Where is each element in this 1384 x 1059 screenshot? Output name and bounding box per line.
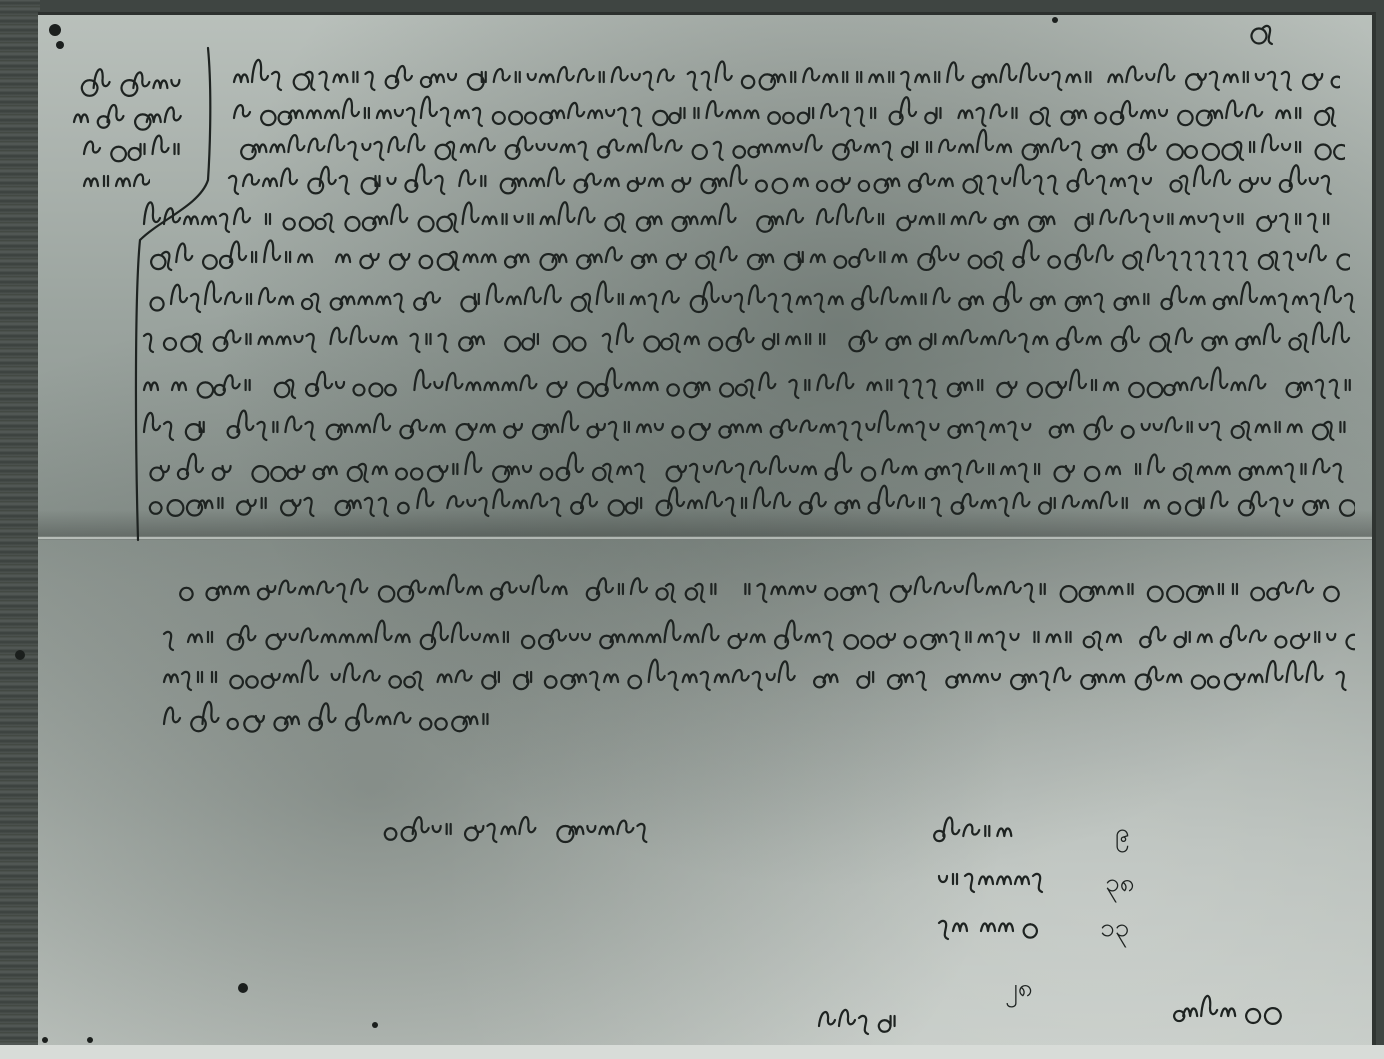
handwriting-strokes [160,568,1345,612]
witness-numeral: ၂၈ [1005,970,1033,1009]
handwriting-strokes [925,810,1015,854]
corner-mark [1240,10,1280,50]
manuscript-line [160,656,1355,696]
handwriting-strokes [140,318,1355,362]
ink-stain [15,650,25,660]
bottom-edge [0,1045,1384,1059]
handwriting-strokes [140,482,1355,526]
main-signature [375,808,655,848]
bottom-mark [1165,990,1285,1030]
ink-stain [56,41,64,49]
handwriting-strokes [375,808,655,852]
ink-stain [49,24,61,36]
wooden-background [0,0,40,1059]
manuscript-line [160,616,1355,656]
handwriting-strokes [140,236,1350,280]
manuscript-line [225,160,1345,200]
handwriting-strokes [1165,990,1285,1034]
witness-name [925,810,1015,850]
manuscript-line [160,568,1345,608]
ink-stain [1052,17,1058,23]
manuscript-line [140,278,1355,318]
handwriting-strokes [140,406,1355,450]
bottom-mark [815,1000,910,1040]
handwriting-strokes [935,858,1045,902]
manuscript-line [160,698,500,738]
handwriting-strokes [140,278,1355,322]
witness-numeral: ၉ [1115,815,1130,854]
handwriting-strokes [160,656,1355,700]
manuscript-line [140,482,1355,522]
manuscript-line [140,236,1350,276]
manuscript-line [140,198,1345,238]
manuscript-line [140,406,1355,446]
handwriting-strokes [140,364,1355,408]
manuscript-line [140,364,1355,404]
manuscript-line [230,56,1340,96]
witness-numeral: ၁၃ [1100,910,1129,949]
ink-stain [238,983,248,993]
handwriting-strokes [70,160,150,204]
handwriting-strokes [160,616,1355,660]
handwriting-strokes [160,698,500,742]
manuscript-line [140,318,1355,358]
ink-stain [42,1037,48,1043]
margin-note-line [70,160,150,200]
witness-name [935,858,1045,898]
handwriting-strokes [935,905,1040,949]
fold-crease [38,536,1372,540]
witness-numeral: ၃၈ [1105,865,1134,904]
witness-name [935,905,1040,945]
ink-stain [372,1022,378,1028]
ink-stain [87,1037,93,1043]
handwriting-strokes [815,1000,910,1044]
handwriting-strokes [1240,10,1280,54]
